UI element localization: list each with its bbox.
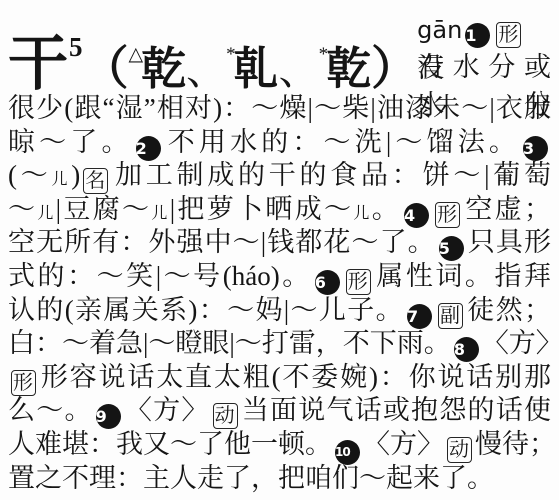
variant-char: 乾 <box>141 44 186 94</box>
definition-line: 式的：～笑|～号(háo)。6形属性词。指拜 <box>8 260 551 294</box>
sense-number: 7 <box>407 304 432 329</box>
variant-forms: △乾、*乹、*亁 <box>129 71 372 88</box>
definition-text: |豆腐～ <box>56 194 152 224</box>
sense-number: 5 <box>439 236 464 261</box>
definition-text: 属性词。指拜 <box>374 261 551 291</box>
pos-label: 形 <box>346 269 371 295</box>
variant-char: 乹 <box>234 44 279 94</box>
definition-text: 不用水的：～洗|～馏法。 <box>164 127 520 157</box>
headword-superscript: 5 <box>69 32 83 62</box>
headword-block: 干5（△乾、*乹、*亁） <box>8 6 417 92</box>
definition-line: 认的(亲属关系)：～妈|～儿子。7副徒然； <box>8 294 551 328</box>
pos-label: 形 <box>496 22 521 48</box>
sense-number: 8 <box>454 337 479 362</box>
sense-number: 6 <box>315 270 340 295</box>
definition-text: 很少(跟“湿”相对)：～燥|～柴|油漆未～|衣服 <box>8 93 551 123</box>
definition-text: (～ <box>8 160 52 190</box>
erhua-suffix: 儿 <box>52 171 72 188</box>
definition-text: 人难堪：我又～了他一顿。 <box>8 429 332 459</box>
definition-text: 白：～着急|～瞪眼|～打雷，不下雨。 <box>8 328 451 358</box>
sense-number: 1 <box>465 23 490 48</box>
variant-separator: 、 <box>279 48 319 93</box>
definition-text: 只具形 <box>467 227 551 257</box>
definition-line: 置之不理：主人走了，把咱们～起来了。 <box>8 462 551 496</box>
variants-close-paren: ） <box>371 43 417 94</box>
definition-text: 徒然； <box>466 295 551 325</box>
definition-line: 很少(跟“湿”相对)：～燥|～柴|油漆未～|衣服 <box>8 92 551 126</box>
definition-text: 空无所有：外强中～|钱都花～了。 <box>8 227 436 257</box>
definition-text: 么～。 <box>8 395 93 425</box>
variant-char: 亁 <box>326 44 371 94</box>
definition-text: 晾～了。 <box>8 127 133 157</box>
sense-number: 4 <box>404 203 429 228</box>
definition-text: 加工制成的干的食品：饼～|葡萄 <box>111 160 551 190</box>
definition-text: ～ <box>8 194 37 224</box>
pos-label: 名 <box>83 168 108 194</box>
definition-text: 认的(亲属关系)：～妈|～儿子。 <box>8 295 404 325</box>
definition-line: 形形容说话太直太粗(不委婉)：你说话别那 <box>8 361 551 395</box>
definition-text: 置之不理：主人走了，把咱们～起来了。 <box>8 463 494 493</box>
definition-text: 当面说气话或抱怨的话使 <box>241 395 551 425</box>
sense-number: 9 <box>96 404 121 429</box>
pos-label: 动 <box>213 403 238 429</box>
pos-label: 动 <box>447 437 472 463</box>
entry-header: 干5（△乾、*乹、*亁） gān1形没 有水分或水分 <box>8 6 551 92</box>
definition-line: 么～。9〈方〉动当面说气话或抱怨的话使 <box>8 394 551 428</box>
sense-number: 2 <box>136 136 161 161</box>
dictionary-page: 干5（△乾、*乹、*亁） gān1形没 有水分或水分 很少(跟“湿”相对)：～燥… <box>0 0 559 495</box>
definition-text: |把萝卜晒成～ <box>170 194 354 224</box>
definition-text: 。 <box>372 194 401 224</box>
definition-text: 式的：～笑|～号(háo)。 <box>8 261 312 291</box>
definition-line: ～儿|豆腐～儿|把萝卜晒成～儿。4形空虚； <box>8 193 551 227</box>
pinyin: gān <box>417 16 462 44</box>
definition-line: (～儿)名加工制成的干的食品：饼～|葡萄 <box>8 159 551 193</box>
sense-number: 3 <box>523 136 548 161</box>
pos-label: 形 <box>11 370 36 396</box>
definition-line: 白：～着急|～瞪眼|～打雷，不下雨。8〈方〉 <box>8 327 551 361</box>
definition-line: 晾～了。2不用水的：～洗|～馏法。3 <box>8 126 551 160</box>
definition-text: ) <box>71 160 80 190</box>
definition-text: 〈方〉 <box>363 429 444 459</box>
definition-line: 人难堪：我又～了他一顿。10〈方〉动慢待； <box>8 428 551 462</box>
erhua-suffix: 儿 <box>353 205 371 222</box>
pos-label: 副 <box>438 303 463 329</box>
pos-label: 形 <box>435 202 460 228</box>
definition-body: 很少(跟“湿”相对)：～燥|～柴|油漆未～|衣服晾～了。2不用水的：～洗|～馏法… <box>8 92 551 495</box>
definition-text: 空虚； <box>463 194 551 224</box>
definition-line: gān1形没 <box>417 10 551 48</box>
headword: 干 <box>8 31 68 97</box>
definition-text: 慢待； <box>475 429 556 459</box>
definition-text: 〈方〉 <box>124 395 210 425</box>
definition-line: 空无所有：外强中～|钱都花～了。5只具形 <box>8 226 551 260</box>
erhua-suffix: 儿 <box>37 205 55 222</box>
variants-open-paren: （ <box>83 43 129 94</box>
definition-text: 形容说话太直太粗(不委婉)：你说话别那 <box>39 362 551 392</box>
variant-separator: 、 <box>186 48 226 93</box>
definition-text: 〈方〉 <box>482 328 559 358</box>
erhua-suffix: 儿 <box>151 205 169 222</box>
definition-line: 有水分或水分 <box>417 48 551 86</box>
first-sense-column: gān1形没 有水分或水分 <box>417 6 551 92</box>
